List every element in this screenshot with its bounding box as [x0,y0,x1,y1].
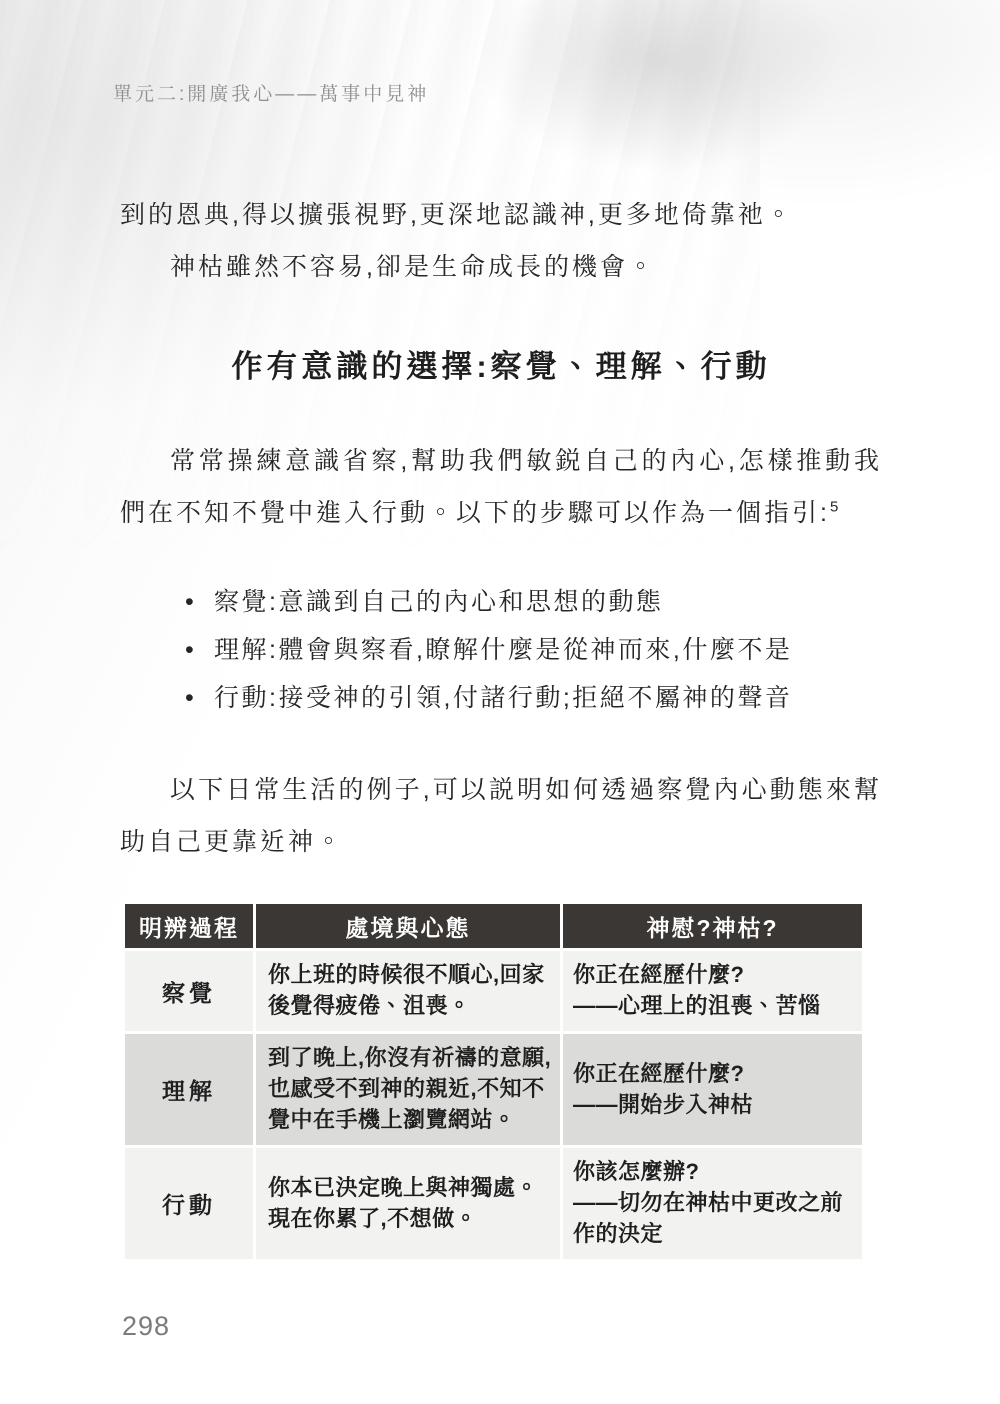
result-question: 你該怎麼辦? [573,1156,856,1187]
paragraph-new: 神枯雖然不容易,卻是生命成長的機會。 [120,241,882,293]
list-item-action: 行動:接受神的引領,付諸行動;拒絕不屬神的聲音 [214,674,882,722]
cell-result: 你正在經歷什麼? ——開始步入神枯 [563,1034,862,1145]
paragraph-2-text: 常常操練意識省察,幫助我們敏鋭自己的內心,怎樣推動我們在不知不覺中進入行動。以下… [120,447,882,527]
result-question: 你正在經歷什麼? [573,1058,856,1089]
section-heading-block: 作有意識的選擇:察覺、理解、行動 [120,341,882,386]
cell-situation: 你上班的時候很不順心,回家後覺得疲倦、沮喪。 [256,951,560,1031]
cell-situation: 你本已決定晚上與神獨處。現在你累了,不想做。 [256,1148,560,1259]
cell-process: 行動 [125,1148,253,1259]
paragraph-3: 以下日常生活的例子,可以説明如何透過察覺內心動態來幫助自己更靠近神。 [120,764,882,868]
list-item-understanding: 理解:體會與察看,瞭解什麼是從神而來,什麼不是 [214,626,882,674]
table-row-action: 行動 你本已決定晚上與神獨處。現在你累了,不想做。 你該怎麼辦? ——切勿在神枯… [125,1148,862,1259]
table-row-understanding: 理解 到了晚上,你沒有祈禱的意願,也感受不到神的親近,不知不覺中在手機上瀏覽網站… [125,1034,862,1145]
result-question: 你正在經歷什麼? [573,959,856,990]
result-answer: ——開始步入神枯 [573,1089,856,1120]
bullet-list-block: 察覺:意識到自己的內心和思想的動態 理解:體會與察看,瞭解什麼是從神而來,什麼不… [120,578,882,722]
running-header: 單元二:開廣我心——萬事中見神 [113,79,429,106]
footnote-reference: 5 [830,499,838,516]
cell-process: 理解 [125,1034,253,1145]
table-header-row: 明辨過程 處境與心態 神慰?神枯? [125,904,862,948]
paragraph-2: 常常操練意識省察,幫助我們敏鋭自己的內心,怎樣推動我們在不知不覺中進入行動。以下… [120,435,882,539]
paragraph-continuation: 到的恩典,得以擴張視野,更深地認識神,更多地倚靠祂。 [120,189,882,241]
book-page: { "page": { "running_header": "單元二:開廣我心—… [0,0,1000,1404]
cell-result: 你該怎麼辦? ——切勿在神枯中更改之前作的決定 [563,1148,862,1259]
cell-result: 你正在經歷什麼? ——心理上的沮喪、苦惱 [563,951,862,1031]
result-answer: ——心理上的沮喪、苦惱 [573,990,856,1021]
discernment-table: 明辨過程 處境與心態 神慰?神枯? 察覺 你上班的時候很不順心,回家後覺得疲倦、… [122,901,865,1262]
list-item-awareness: 察覺:意識到自己的內心和思想的動態 [214,578,882,626]
table-header-process: 明辨過程 [125,904,253,948]
cell-situation: 到了晚上,你沒有祈禱的意願,也感受不到神的親近,不知不覺中在手機上瀏覽網站。 [256,1034,560,1145]
section-heading: 作有意識的選擇:察覺、理解、行動 [120,341,882,386]
result-answer: ——切勿在神枯中更改之前作的決定 [573,1187,856,1249]
paragraph-block-3: 以下日常生活的例子,可以説明如何透過察覺內心動態來幫助自己更靠近神。 [120,764,882,868]
table-header-situation: 處境與心態 [256,904,560,948]
table-row-awareness: 察覺 你上班的時候很不順心,回家後覺得疲倦、沮喪。 你正在經歷什麼? ——心理上… [125,951,862,1031]
paragraph-block-2: 常常操練意識省察,幫助我們敏鋭自己的內心,怎樣推動我們在不知不覺中進入行動。以下… [120,435,882,539]
table-header-consolation: 神慰?神枯? [563,904,862,948]
paragraph-block-1: 到的恩典,得以擴張視野,更深地認識神,更多地倚靠祂。 神枯雖然不容易,卻是生命成… [120,189,882,293]
step-list: 察覺:意識到自己的內心和思想的動態 理解:體會與察看,瞭解什麼是從神而來,什麼不… [214,578,882,722]
cell-process: 察覺 [125,951,253,1031]
page-number: 298 [122,1311,170,1342]
